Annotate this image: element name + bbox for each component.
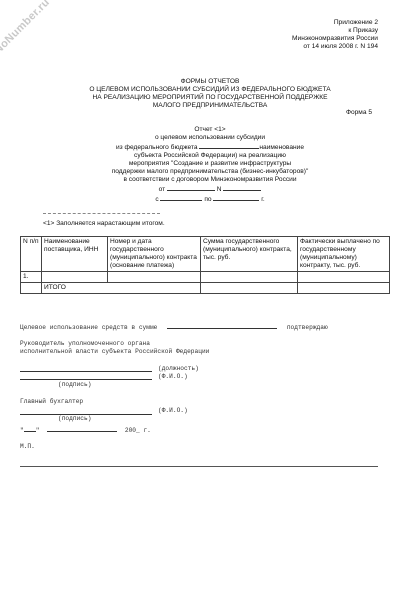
report-line: субъекта Российской Федерации) на реализ… bbox=[0, 152, 420, 160]
report-header: Отчет <1> о целевом использовании субсид… bbox=[0, 126, 420, 204]
period-to-field[interactable] bbox=[213, 194, 259, 201]
title-line: О ЦЕЛЕВОМ ИСПОЛЬЗОВАНИИ СУБСИДИЙ ИЗ ФЕДЕ… bbox=[0, 86, 420, 94]
date-line: "" 200_ г. bbox=[20, 425, 151, 435]
appendix-line: от 14 июля 2008 г. N 194 bbox=[292, 43, 378, 51]
footnote-divider bbox=[43, 213, 160, 214]
report-line: в соответствии с договором Минэкономразв… bbox=[0, 176, 420, 184]
position-field[interactable] bbox=[20, 371, 152, 372]
head-fio-field[interactable] bbox=[20, 379, 152, 380]
document-title: ФОРМЫ ОТЧЕТОВ О ЦЕЛЕВОМ ИСПОЛЬЗОВАНИИ СУ… bbox=[0, 78, 420, 110]
watermark: NoNumber.ru bbox=[0, 0, 52, 56]
contract-sum-cell[interactable] bbox=[201, 272, 298, 283]
contract-date-line: от N bbox=[0, 184, 420, 194]
report-subtitle: о целевом использовании субсидии bbox=[0, 134, 420, 142]
table-header-row: N п/п Наименование поставщика, ИНН Номер… bbox=[21, 237, 390, 272]
head-signature-label: (подпись) bbox=[58, 381, 91, 389]
date-month-field[interactable] bbox=[47, 425, 117, 432]
report-line: поддержки малого предпринимательства (би… bbox=[0, 168, 420, 176]
confirmed-amount-field[interactable] bbox=[167, 322, 277, 329]
position-label: (должность) bbox=[158, 365, 199, 373]
date-day-field[interactable] bbox=[24, 425, 36, 432]
appendix-line: Приложение 2 bbox=[292, 19, 378, 27]
appendix-line: Минэкономразвития России bbox=[292, 35, 378, 43]
column-header-contract: Номер и дата государственного (муниципал… bbox=[108, 237, 201, 272]
contract-cell[interactable] bbox=[108, 272, 201, 283]
total-label: ИТОГО bbox=[42, 283, 201, 294]
stamp-label: М.П. bbox=[20, 443, 35, 451]
chief-signature-label: (подпись) bbox=[58, 415, 91, 423]
contract-number-field[interactable] bbox=[223, 184, 261, 191]
report-line: из федерального бюджета наименование bbox=[0, 142, 420, 152]
total-paid-cell[interactable] bbox=[298, 283, 390, 294]
table-row: 1. bbox=[21, 272, 390, 283]
footnote: <1> Заполняется нарастающим итогом. bbox=[43, 220, 165, 228]
bottom-divider bbox=[20, 466, 378, 467]
column-header-contract-sum: Сумма государственного (муниципального) … bbox=[201, 237, 298, 272]
appendix-line: к Приказу bbox=[292, 27, 378, 35]
period-line: с по г. bbox=[0, 194, 420, 204]
title-line: ФОРМЫ ОТЧЕТОВ bbox=[0, 78, 420, 86]
contract-date-field[interactable] bbox=[167, 184, 215, 191]
region-blank-field[interactable] bbox=[199, 142, 259, 149]
period-from-field[interactable] bbox=[160, 194, 202, 201]
supplier-cell[interactable] bbox=[42, 272, 108, 283]
report-line: мероприятия "Создание и развитие инфраст… bbox=[0, 160, 420, 168]
paid-cell[interactable] bbox=[298, 272, 390, 283]
head-title: Руководитель уполномоченного органа испо… bbox=[20, 340, 209, 356]
total-sum-cell[interactable] bbox=[201, 283, 298, 294]
chief-fio-label: (Ф.И.О.) bbox=[158, 407, 188, 415]
table-total-row: ИТОГО bbox=[21, 283, 390, 294]
head-fio-label: (Ф.И.О.) bbox=[158, 373, 188, 381]
report-title: Отчет <1> bbox=[0, 126, 420, 134]
form-label: Форма 5 bbox=[346, 109, 372, 117]
row-number: 1. bbox=[21, 272, 42, 283]
column-header-paid: Фактически выплачено по государственному… bbox=[298, 237, 390, 272]
title-line: НА РЕАЛИЗАЦИЮ МЕРОПРИЯТИЙ ПО ГОСУДАРСТВЕ… bbox=[0, 94, 420, 102]
chief-accountant-label: Главный бухгалтер bbox=[20, 398, 83, 406]
total-empty-cell bbox=[21, 283, 42, 294]
column-header-supplier: Наименование поставщика, ИНН bbox=[42, 237, 108, 272]
report-table: N п/п Наименование поставщика, ИНН Номер… bbox=[20, 236, 390, 294]
appendix-block: Приложение 2 к Приказу Минэкономразвития… bbox=[292, 19, 378, 51]
column-header-number: N п/п bbox=[21, 237, 42, 272]
confirmation-line: Целевое использование средств в сумме по… bbox=[20, 322, 400, 332]
